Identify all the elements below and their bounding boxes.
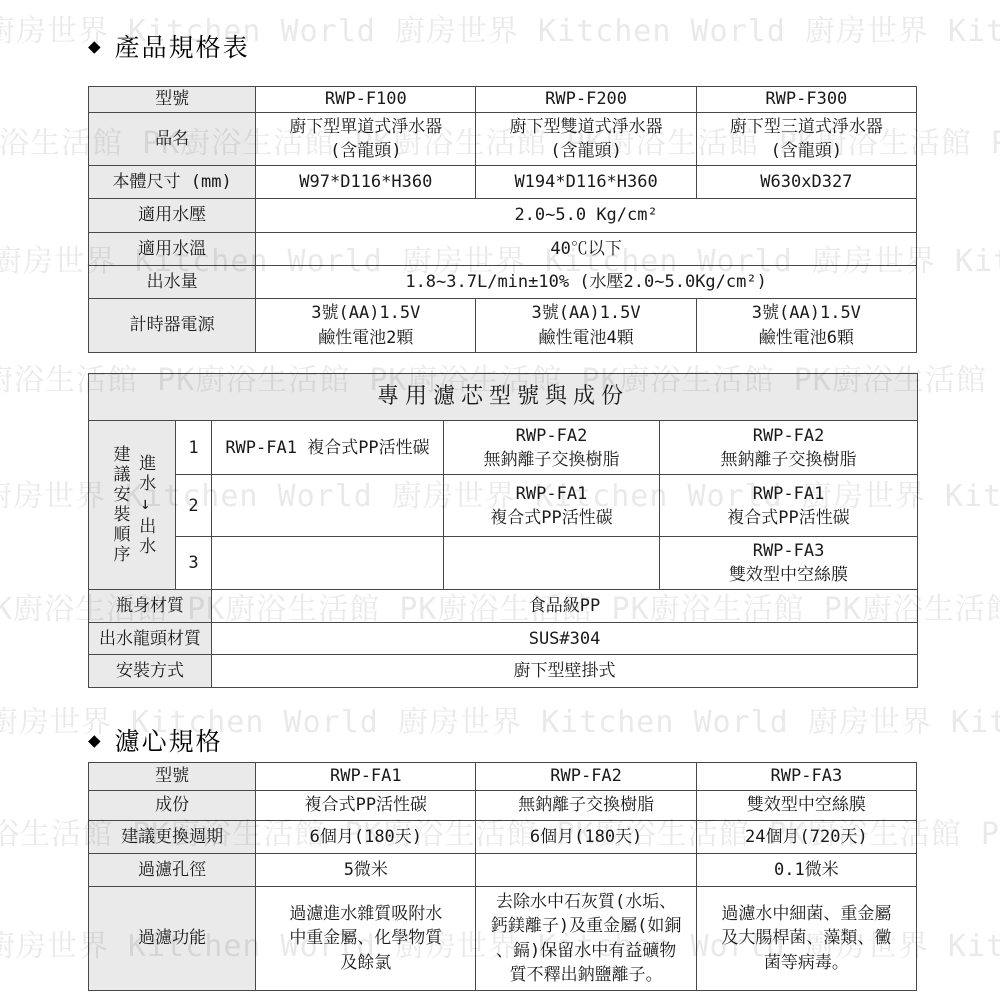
product-name-cell: 廚下型三道式淨水器 (含龍頭): [696, 113, 916, 166]
row-label-bottle-material: 瓶身材質: [89, 590, 212, 623]
cartridge-model-fa3: RWP-FA3: [696, 763, 916, 791]
diamond-icon: ◆: [88, 36, 103, 57]
install-method-cell: 廚下型壁掛式: [212, 655, 918, 688]
timer-power-cell: 3號(AA)1.5V 鹼性電池2顆: [256, 299, 476, 353]
row-label-flow-rate: 出水量: [89, 266, 256, 299]
product-spec-table: 型號 RWP-F100 RWP-F200 RWP-F300 品名 廚下型單道式淨…: [88, 86, 917, 353]
row-label-water-pressure: 適用水壓: [89, 199, 256, 233]
row-label-install-method: 安裝方式: [89, 655, 212, 688]
row-label-model: 型號: [89, 87, 256, 113]
cartridge-model-fa1: RWP-FA1: [256, 763, 476, 791]
dimensions-cell: W630xD327: [696, 166, 916, 199]
row-label-filter-function: 過濾功能: [89, 887, 256, 991]
install-stage-cell: RWP-FA1 複合式PP活性碳: [212, 421, 444, 475]
pore-size-cell: [476, 854, 696, 887]
install-stage-cell: RWP-FA2 無鈉離子交換樹脂: [444, 421, 660, 475]
dimensions-cell: W97*D116*H360: [256, 166, 476, 199]
pore-size-cell: 5微米: [256, 854, 476, 887]
seq-number: 2: [176, 475, 212, 537]
model-f200: RWP-F200: [476, 87, 696, 113]
replacement-cycle-cell: 24個月(720天): [696, 821, 916, 854]
timer-power-cell: 3號(AA)1.5V 鹼性電池4顆: [476, 299, 696, 353]
product-name-cell: 廚下型雙道式淨水器 (含龍頭): [476, 113, 696, 166]
filter-function-cell: 過濾水中細菌、重金屬 及大腸桿菌、藻類、黴 菌等病毒。: [696, 887, 916, 991]
row-label-faucet-material: 出水龍頭材質: [89, 623, 212, 655]
row-label-timer-power: 計時器電源: [89, 299, 256, 353]
install-stage-cell: RWP-FA2 無鈉離子交換樹脂: [660, 421, 918, 475]
spec-sheet-page: { "headings": { "bullet": "◆", "product_…: [0, 0, 1000, 1000]
row-label-water-temp: 適用水溫: [89, 233, 256, 266]
row-label-pore-size: 過濾孔徑: [89, 854, 256, 887]
replacement-cycle-cell: 6個月(180天): [256, 821, 476, 854]
cartridge-model-fa2: RWP-FA2: [476, 763, 696, 791]
install-stage-cell: RWP-FA1 複合式PP活性碳: [660, 475, 918, 537]
install-stage-cell: [444, 536, 660, 589]
composition-cell: 雙效型中空絲膜: [696, 791, 916, 821]
filter-table-header: 專用濾芯型號與成份: [89, 374, 918, 421]
section-title-text: 濾心規格: [115, 722, 223, 758]
composition-cell: 複合式PP活性碳: [256, 791, 476, 821]
composition-cell: 無鈉離子交換樹脂: [476, 791, 696, 821]
filter-install-table: 專用濾芯型號與成份 建議安裝順序 進水↓出水 1 RWP-FA1 複合式PP活性…: [88, 373, 918, 688]
dimensions-cell: W194*D116*H360: [476, 166, 696, 199]
install-order-label: 建議安裝順序: [110, 445, 129, 565]
replacement-cycle-cell: 6個月(180天): [476, 821, 696, 854]
row-label-replacement-cycle: 建議更換週期: [89, 821, 256, 854]
water-temp-cell: 40℃以下: [256, 233, 917, 266]
product-name-cell: 廚下型單道式淨水器 (含龍頭): [256, 113, 476, 166]
section-title-product-spec: ◆ 產品規格表: [88, 28, 250, 64]
row-label-product-name: 品名: [89, 113, 256, 166]
install-order-label-cell: 建議安裝順序 進水↓出水: [89, 421, 176, 590]
install-stage-cell: [212, 536, 444, 589]
install-stage-cell: RWP-FA1 複合式PP活性碳: [444, 475, 660, 537]
model-f300: RWP-F300: [696, 87, 916, 113]
bottle-material-cell: 食品級PP: [212, 590, 918, 623]
row-label-dimensions: 本體尺寸 (mm): [89, 166, 256, 199]
section-title-cartridge-spec: ◆ 濾心規格: [88, 722, 223, 758]
faucet-material-cell: SUS#304: [212, 623, 918, 655]
filter-function-cell: 過濾進水雜質吸附水 中重金屬、化學物質 及餘氯: [256, 887, 476, 991]
filter-function-cell: 去除水中石灰質(水垢、 鈣鎂離子)及重金屬(如銅 、鎘)保留水中有益礦物 質不釋…: [476, 887, 696, 991]
water-flow-label: 進水↓出水: [136, 454, 155, 557]
seq-number: 3: [176, 536, 212, 589]
pore-size-cell: 0.1微米: [696, 854, 916, 887]
cartridge-spec-table: 型號 RWP-FA1 RWP-FA2 RWP-FA3 成份 複合式PP活性碳 無…: [88, 762, 917, 991]
water-pressure-cell: 2.0~5.0 Kg/cm²: [256, 199, 917, 233]
row-label-composition: 成份: [89, 791, 256, 821]
row-label-cartridge-model: 型號: [89, 763, 256, 791]
model-f100: RWP-F100: [256, 87, 476, 113]
section-title-text: 產品規格表: [115, 28, 250, 64]
install-stage-cell: RWP-FA3 雙效型中空絲膜: [660, 536, 918, 589]
seq-number: 1: [176, 421, 212, 475]
flow-rate-cell: 1.8~3.7L/min±10% (水壓2.0~5.0Kg/cm²): [256, 266, 917, 299]
diamond-icon: ◆: [88, 730, 103, 751]
timer-power-cell: 3號(AA)1.5V 鹼性電池6顆: [696, 299, 916, 353]
install-stage-cell: [212, 475, 444, 537]
